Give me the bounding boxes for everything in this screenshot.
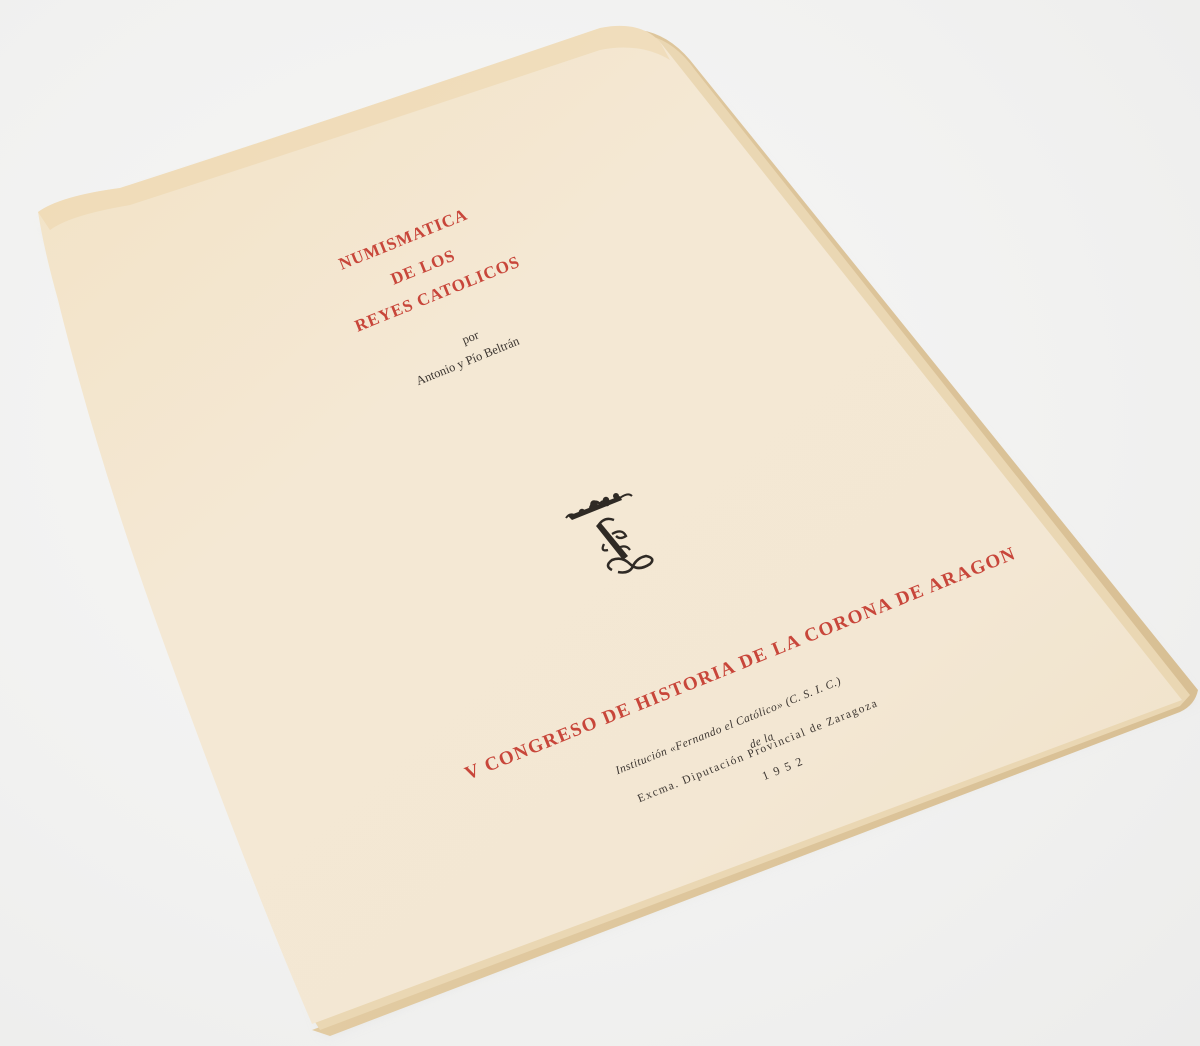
photo-scene: NUMISMATICA DE LOS REYES CATOLICOS por A… (0, 0, 1200, 1046)
booklet (0, 0, 1200, 1046)
